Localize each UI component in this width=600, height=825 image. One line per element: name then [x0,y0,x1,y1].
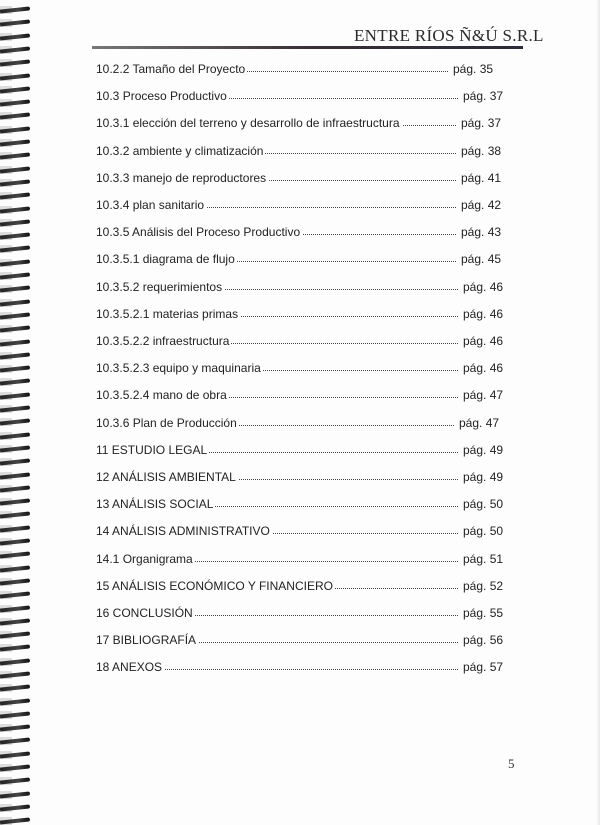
spiral-coil [0,126,34,134]
toc-entry-page: pág. 47 [456,416,499,430]
spiral-coil [0,352,34,360]
spiral-coil [0,791,34,799]
toc-entry-title: 15 ANÁLISIS ECONÓMICO Y FINANCIERO [96,579,335,593]
toc-entry-page: pág. 46 [460,280,503,294]
toc-entry[interactable]: 15 ANÁLISIS ECONÓMICO Y FINANCIEROpág. 5… [96,579,516,597]
toc-entry-page: pág. 46 [460,307,503,321]
toc-entry[interactable]: 10.2.2 Tamaño del Proyectopág. 35 [96,62,516,80]
toc-entry-title: 10.3.4 plan sanitario [96,198,206,212]
toc-entry-page: pág. 47 [460,388,503,402]
spiral-coil [0,245,34,253]
spiral-coil [0,511,34,519]
toc-entry[interactable]: 10.3.5.2.3 equipo y maquinariapág. 46 [96,361,516,379]
spiral-coil [0,658,34,666]
toc-entry-title: 10.3.3 manejo de reproductores [96,171,268,185]
spiral-coil [0,684,34,692]
spiral-coil [0,618,34,626]
spiral-coil [0,631,34,639]
toc-entry-page: pág. 38 [458,144,501,158]
spiral-coil [0,179,34,187]
spiral-coil [0,219,34,227]
spiral-coil [0,59,34,67]
toc-entry[interactable]: 17 BIBLIOGRAFÍApág. 56 [96,633,516,651]
toc-entry-title: 10.3.2 ambiente y climatización [96,144,265,158]
spiral-coil [0,19,34,27]
spiral-coil [0,551,34,559]
page-edge [596,0,600,825]
spiral-coil [0,365,34,373]
toc-entry-page: pág. 56 [460,633,503,647]
spiral-coil [0,644,34,652]
spiral-coil [0,671,34,679]
toc-entry-title: 11 ESTUDIO LEGAL [96,443,209,457]
toc-entry-title: 10.3.5.2.2 infraestructura [96,334,231,348]
toc-entry-title: 10.3.5.1 diagrama de flujo [96,252,237,266]
toc-entry[interactable]: 14.1 Organigramapág. 51 [96,552,516,570]
spiral-coil [0,777,34,785]
spiral-coil [0,711,34,719]
spiral-coil [0,46,34,54]
spiral-coil [0,73,34,81]
toc-entry[interactable]: 10.3.5 Análisis del Proceso Productivopá… [96,225,516,243]
toc-entry-page: pág. 46 [460,334,503,348]
spiral-coil [0,498,34,506]
toc-entry-title: 10.3.5.2 requerimientos [96,280,224,294]
toc-entry[interactable]: 10.3.5.2.2 infraestructurapág. 46 [96,334,516,352]
toc-entry-title: 10.2.2 Tamaño del Proyecto [96,62,247,76]
spiral-coil [0,6,34,14]
document-page: ENTRE RÍOS Ñ&Ú S.R.L 10.2.2 Tamaño del P… [0,0,600,825]
toc-entry-page: pág. 55 [460,606,503,620]
toc-entry-title: 10.3.5.2.1 materias primas [96,307,240,321]
toc-entry-title: 10.3.5 Análisis del Proceso Productivo [96,225,302,239]
spiral-coil [0,804,34,812]
spiral-coil [0,724,34,732]
spiral-coil [0,538,34,546]
toc-entry[interactable]: 10.3.1 elección del terreno y desarrollo… [96,116,516,134]
document-header: ENTRE RÍOS Ñ&Ú S.R.L [354,26,544,46]
header-rule [92,46,523,49]
spiral-coil [0,112,34,120]
toc-entry-page: pág. 50 [460,497,503,511]
spiral-coil [0,259,34,267]
toc-entry-page: pág. 41 [458,171,501,185]
toc-entry[interactable]: 10.3.5.1 diagrama de flujopág. 45 [96,252,516,270]
spiral-binding [0,0,40,825]
spiral-coil [0,418,34,426]
spiral-coil [0,565,34,573]
spiral-coil [0,299,34,307]
spiral-coil [0,751,34,759]
spiral-coil [0,152,34,160]
spiral-coil [0,166,34,174]
spiral-coil [0,86,34,94]
toc-entry[interactable]: 10.3.5.2.4 mano de obrapág. 47 [96,388,516,406]
toc-entry-page: pág. 50 [460,524,503,538]
toc-entry[interactable]: 10.3.3 manejo de reproductorespág. 41 [96,171,516,189]
toc-entry[interactable]: 10.3.5.2 requerimientospág. 46 [96,280,516,298]
toc-entry-title: 18 ANEXOS [96,660,164,674]
toc-entry[interactable]: 10.3.2 ambiente y climatizaciónpág. 38 [96,144,516,162]
spiral-coil [0,206,34,214]
spiral-coil [0,445,34,453]
spiral-coil [0,472,34,480]
toc-entry[interactable]: 10.3 Proceso Productivopág. 37 [96,89,516,107]
spiral-coil [0,99,34,107]
spiral-coil [0,285,34,293]
toc-entry-title: 10.3.6 Plan de Producción [96,416,239,430]
spiral-coil [0,432,34,440]
spiral-coil [0,272,34,280]
toc-entry-title: 17 BIBLIOGRAFÍA [96,633,198,647]
toc-entry[interactable]: 10.3.4 plan sanitariopág. 42 [96,198,516,216]
spiral-coil [0,458,34,466]
spiral-coil [0,817,34,825]
toc-entry[interactable]: 16 CONCLUSIÓNpág. 55 [96,606,516,624]
toc-entry-page: pág. 52 [460,579,503,593]
toc-entry[interactable]: 18 ANEXOSpág. 57 [96,660,516,678]
toc-entry[interactable]: 11 ESTUDIO LEGALpág. 49 [96,443,516,461]
toc-entry-title: 10.3.5.2.3 equipo y maquinaria [96,361,263,375]
spiral-coil [0,737,34,745]
toc-entry-page: pág. 35 [450,62,493,76]
spiral-coil [0,591,34,599]
toc-entry[interactable]: 10.3.6 Plan de Producciónpág. 47 [96,416,516,434]
toc-entry-page: pág. 37 [458,116,501,130]
spiral-coil [0,378,34,386]
toc-entry[interactable]: 13 ANÁLISIS SOCIALpág. 50 [96,497,516,515]
spiral-coil [0,525,34,533]
spiral-coil [0,392,34,400]
toc-entry-title: 10.3 Proceso Productivo [96,89,229,103]
spiral-coil [0,405,34,413]
toc-entry-title: 10.3.5.2.4 mano de obra [96,388,229,402]
spiral-coil [0,605,34,613]
spiral-coil [0,192,34,200]
toc-entry-title: 14 ANÁLISIS ADMINISTRATIVO [96,524,272,538]
toc-entry[interactable]: 14 ANÁLISIS ADMINISTRATIVOpág. 50 [96,524,516,542]
toc-entry-page: pág. 57 [460,660,503,674]
spiral-coil [0,33,34,41]
spiral-coil [0,139,34,147]
toc-entry-page: pág. 42 [458,198,501,212]
toc-entry-page: pág. 49 [460,470,503,484]
toc-entry-title: 10.3.1 elección del terreno y desarrollo… [96,116,402,130]
toc-entry-title: 12 ANÁLISIS AMBIENTAL [96,470,238,484]
toc-entry-page: pág. 49 [460,443,503,457]
toc-entry[interactable]: 10.3.5.2.1 materias primaspág. 46 [96,307,516,325]
spiral-coil [0,764,34,772]
toc-entry-title: 16 CONCLUSIÓN [96,606,195,620]
toc-entry-page: pág. 37 [460,89,503,103]
spiral-coil [0,339,34,347]
toc-entry-page: pág. 51 [460,552,503,566]
toc-entry-page: pág. 43 [458,225,501,239]
spiral-coil [0,578,34,586]
page-number: 5 [508,756,515,772]
spiral-coil [0,485,34,493]
toc-entry-title: 13 ANÁLISIS SOCIAL [96,497,215,511]
spiral-coil [0,232,34,240]
spiral-coil [0,312,34,320]
toc-entry-page: pág. 46 [460,361,503,375]
spiral-coil [0,325,34,333]
toc-entry[interactable]: 12 ANÁLISIS AMBIENTALpág. 49 [96,470,516,488]
spiral-coil [0,698,34,706]
toc-entry-page: pág. 45 [458,252,501,266]
toc-entry-title: 14.1 Organigrama [96,552,195,566]
